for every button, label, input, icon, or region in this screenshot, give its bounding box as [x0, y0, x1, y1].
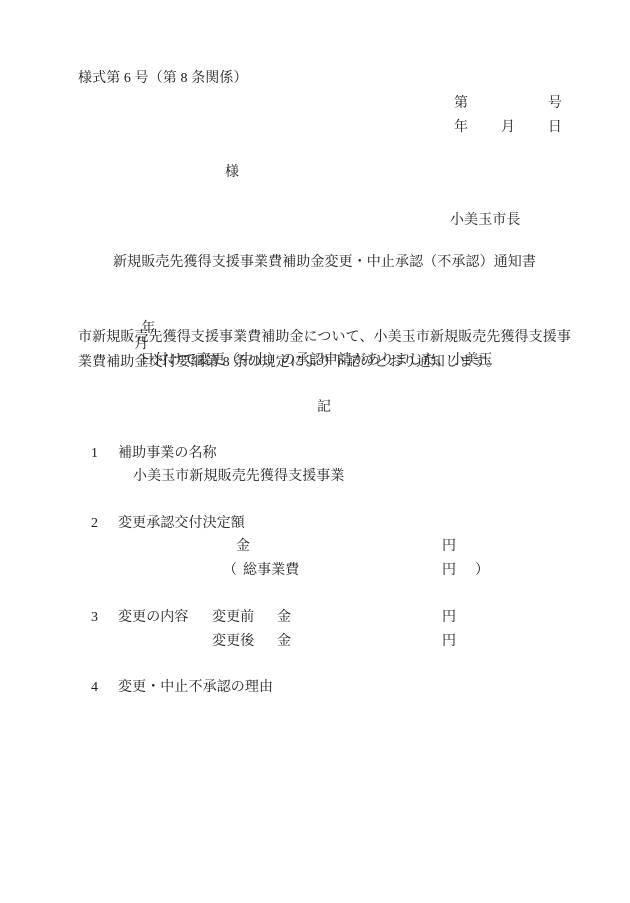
document-number-line: 第 号	[454, 96, 562, 112]
item-3-after-prefix: 金	[277, 634, 291, 650]
record-heading: 記	[317, 400, 331, 416]
item-2-amount-unit: 円	[442, 539, 456, 555]
date-day-label: 日	[548, 120, 562, 136]
doc-number-suffix: 号	[548, 96, 562, 112]
item-3-number: 3	[91, 610, 98, 626]
item-3-after-label: 変更後	[212, 634, 254, 650]
item-2-amount-prefix: 金	[236, 539, 250, 555]
doc-number-prefix: 第	[454, 96, 468, 112]
item-2-total-label: 総事業費	[243, 563, 299, 579]
body-line-2: 市新規販売先獲得支援事業費補助金について、小美玉市新規販売先獲得支援事	[78, 330, 571, 346]
item-3-label: 変更の内容	[118, 610, 189, 626]
document-title: 新規販売先獲得支援事業費補助金変更・中止承認（不承認）通知書	[113, 255, 536, 271]
item-2-label: 変更承認交付決定額	[118, 516, 245, 532]
addressee-honorific: 様	[225, 165, 239, 181]
item-2-number: 2	[91, 516, 98, 532]
item-1-value: 小美玉市新規販売先獲得支援事業	[133, 469, 345, 485]
document-page: 様式第 6 号（第 8 条関係） 第 号 年 月 日 様 小美玉市長 新規販売先…	[0, 0, 630, 903]
item-1-label: 補助事業の名称	[118, 446, 217, 462]
item-3-before-label: 変更前	[212, 610, 254, 626]
item-2-total-unit: 円	[442, 563, 456, 579]
item-3-after-unit: 円	[442, 634, 456, 650]
item-3-before-unit: 円	[442, 610, 456, 626]
item-2-total-open-paren: （	[223, 563, 237, 579]
item-3-before-prefix: 金	[277, 610, 291, 626]
item-2-total-close-paren: ）	[475, 563, 489, 579]
form-number-label: 様式第 6 号（第 8 条関係）	[78, 71, 248, 87]
item-1-number: 1	[91, 446, 98, 462]
date-month-label: 月	[501, 120, 515, 136]
body-line-3: 業費補助金交付要綱第 8 条の規定により下記のとおり通知します。	[78, 355, 500, 371]
date-line: 年 月 日	[454, 120, 562, 136]
date-year-label: 年	[454, 120, 468, 136]
item-4-label: 変更・中止不承認の理由	[118, 680, 273, 696]
sender-name: 小美玉市長	[450, 213, 521, 229]
item-4-number: 4	[91, 680, 98, 696]
